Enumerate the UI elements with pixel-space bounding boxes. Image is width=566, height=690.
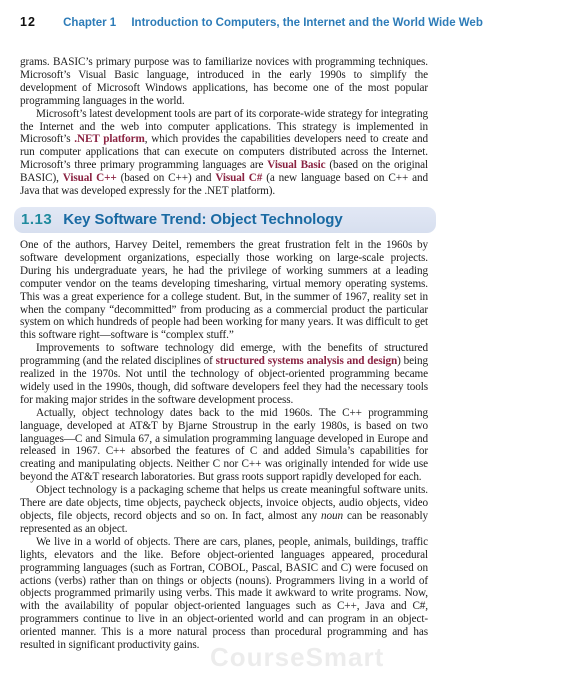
book-page: 12 Chapter 1 Introduction to Computers, …: [0, 0, 566, 690]
paragraph: We live in a world of objects. There are…: [20, 536, 428, 652]
key-term: Visual Basic: [267, 159, 325, 171]
paragraph: Actually, object technology dates back t…: [20, 407, 428, 484]
paragraph: grams. BASIC’s primary purpose was to fa…: [20, 56, 428, 108]
paragraphs-after-section: One of the authors, Harvey Deitel, remem…: [20, 239, 428, 652]
paragraph: Improvements to software technology did …: [20, 342, 428, 407]
italic-text: noun: [321, 510, 343, 522]
text-run: One of the authors, Harvey Deitel, remem…: [20, 239, 428, 341]
body-text: grams. BASIC’s primary purpose was to fa…: [20, 56, 428, 652]
section-heading: 1.13Key Software Trend: Object Technolog…: [14, 207, 436, 233]
page-number: 12: [20, 15, 36, 29]
paragraphs-before-section: grams. BASIC’s primary purpose was to fa…: [20, 56, 428, 198]
key-term: structured systems analysis and design: [216, 355, 397, 367]
chapter-title: Introduction to Computers, the Internet …: [131, 17, 483, 29]
section-title: Key Software Trend: Object Technology: [63, 211, 342, 228]
paragraph: One of the authors, Harvey Deitel, remem…: [20, 239, 428, 342]
text-run: We live in a world of objects. There are…: [20, 536, 428, 651]
paragraph: Object technology is a packaging scheme …: [20, 484, 428, 536]
key-term: Visual C++: [63, 172, 117, 184]
text-run: Actually, object technology dates back t…: [20, 407, 428, 484]
text-run: grams. BASIC’s primary purpose was to fa…: [20, 56, 428, 107]
key-term: Visual C#: [215, 172, 262, 184]
chapter-label: Chapter 1: [63, 17, 116, 29]
text-run: (based on C++) and: [117, 172, 216, 184]
section-number: 1.13: [21, 211, 52, 228]
key-term: .NET platform: [74, 133, 144, 145]
running-header: 12 Chapter 1 Introduction to Computers, …: [20, 15, 550, 29]
paragraph: Microsoft’s latest development tools are…: [20, 108, 428, 198]
